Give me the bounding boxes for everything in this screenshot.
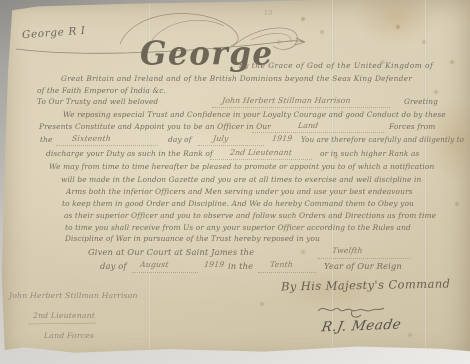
rank-fill: 2nd Lieutenant xyxy=(229,148,292,157)
body-line-1: We reposing especial Trust and Confidenc… xyxy=(63,110,446,119)
body-line-4b: or in such higher Rank as xyxy=(320,149,419,158)
given-line-a: Given at Our Court at Saint James the xyxy=(88,247,254,257)
countersignature: R.J. Meade xyxy=(320,317,402,336)
given-year-fill: 1919 xyxy=(203,260,224,269)
body-line-4a: discharge your Duty as such in the Rank … xyxy=(46,149,213,158)
body-line-3b: day of xyxy=(168,135,192,144)
pencil-note-service: Land Forces xyxy=(44,331,94,340)
fold-crease-right xyxy=(424,0,427,364)
salutation-printed: To Our Trusty and well beloved xyxy=(37,97,158,106)
fill-rule-month xyxy=(198,144,264,146)
regnal-year-fill: Tenth xyxy=(269,260,293,269)
faint-page-number: 15 xyxy=(264,9,273,17)
title-line-3: of the Faith Emperor of India &c. xyxy=(37,86,166,95)
month-fill: July xyxy=(212,134,229,143)
fill-rule-given-day xyxy=(318,257,410,259)
given-line-c: in the xyxy=(228,261,253,271)
given-line-d: Year of Our Reign xyxy=(324,261,402,271)
majestys-command-line: By His Majesty's Command xyxy=(281,277,451,294)
body-line-7: Arms both the inferior Officers and Men … xyxy=(66,187,413,196)
royal-signature: George R I xyxy=(22,25,86,41)
body-line-10: to time you shall receive from Us or any… xyxy=(65,223,411,232)
pencil-underline xyxy=(28,323,96,324)
commission-document: 15 George R I George by the Grace of God… xyxy=(0,0,470,364)
fill-rule-day xyxy=(56,144,158,146)
body-line-2b: Forces from xyxy=(389,122,435,131)
body-line-6: will be made in the London Gazette and y… xyxy=(61,175,421,184)
body-line-2a: Presents Constitute and Appoint you to b… xyxy=(39,122,271,131)
pencil-note-name: John Herbert Stillman Harrison xyxy=(9,291,138,300)
given-day-fill: Twelfth xyxy=(331,246,363,255)
body-line-3a: the xyxy=(40,135,52,144)
body-line-11: Discipline of War in pursuance of the Tr… xyxy=(65,234,320,243)
body-line-9: as their superior Officer and you to obs… xyxy=(64,211,436,220)
fill-rule-rank xyxy=(210,158,312,160)
officer-name-fill: John Herbert Stillman Harrison xyxy=(221,96,351,105)
fill-rule-given-month xyxy=(132,271,198,273)
title-line-2: Great Britain and Ireland and of the Bri… xyxy=(61,74,412,83)
military-secretary-signature xyxy=(318,308,384,317)
day-fill: Sixteenth xyxy=(71,134,111,143)
pencil-note-rank: 2nd Lieutenant xyxy=(33,311,95,320)
body-line-8: to keep them in good Order and Disciplin… xyxy=(62,199,414,208)
body-line-3c: You are therefore carefully and diligent… xyxy=(301,135,464,144)
forces-fill: Land xyxy=(297,121,318,130)
fill-rule-forces xyxy=(252,131,384,133)
fill-rule-name xyxy=(212,106,390,108)
given-month-fill: August xyxy=(139,260,169,269)
year-fill: 1919 xyxy=(271,134,292,143)
salutation-greeting: Greeting xyxy=(404,97,438,106)
photograph-background: 15 George R I George by the Grace of God… xyxy=(0,0,470,364)
given-line-b: day of xyxy=(100,261,127,271)
fill-rule-regnal xyxy=(258,271,316,273)
title-grace-line: by the Grace of God of the United Kingdo… xyxy=(239,61,433,70)
body-line-5: We may from time to time hereafter be pl… xyxy=(49,162,434,171)
